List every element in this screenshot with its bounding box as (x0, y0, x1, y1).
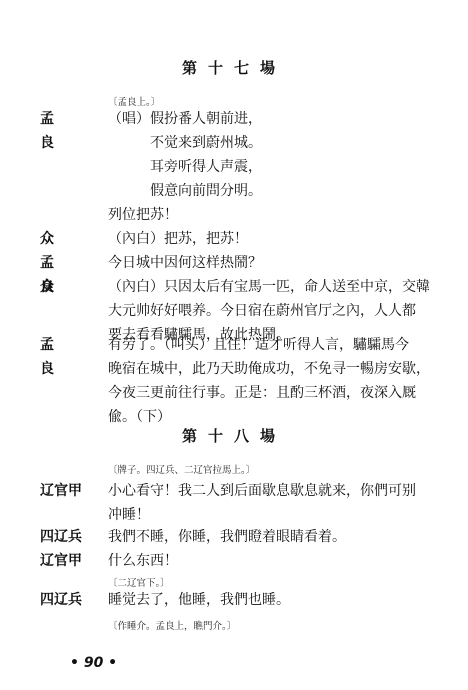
stage-direction: 〔牌子。四辽兵、二辽官拉馬上。〕 (108, 462, 255, 476)
page-number: • 90 • (70, 655, 117, 671)
speaker-name: 孟 良 (40, 333, 104, 381)
speaker-name: 四辽兵 (40, 525, 104, 549)
script-page: 第十七場 〔孟良上。〕 孟 良 （唱）假扮番人朝前进， 不觉来到蔚州城。 耳旁听… (0, 0, 468, 690)
stage-direction: 〔孟良上。〕 (108, 94, 160, 108)
scene-17-title: 第十七場 (0, 57, 468, 78)
speaker-name: 孟 良 (40, 107, 104, 155)
speech-text: 什么东西！ (108, 549, 448, 573)
speech-text: 睡觉去了，他睡，我們也睡。 (108, 588, 448, 612)
scene-18-title: 第十八場 (0, 425, 468, 446)
speech-text: （內白）把苏，把苏！ (108, 227, 448, 251)
speaker-name: 众 (40, 275, 104, 299)
speech-text: 有劳了。（叫头）且住！适才听得人言，驌驦馬今 晚宿在城中，此乃天助俺成功，不免寻… (108, 333, 448, 429)
speech-text: 小心看守！我二人到后面歇息歇息就来，你們可别 冲睡！ (108, 479, 448, 527)
speaker-name: 众 (40, 227, 104, 251)
speaker-name: 辽官甲 (40, 549, 104, 573)
stage-direction: 〔作睡介。孟良上，瞧門介。〕 (108, 618, 236, 632)
speaker-name: 辽官甲 (40, 479, 104, 503)
stage-direction: 〔二辽官下。〕 (108, 575, 170, 589)
speech-text: （唱）假扮番人朝前进， 不觉来到蔚州城。 耳旁听得人声震， 假意向前問分明。 列… (108, 107, 448, 227)
speech-text: 今日城中因何这样热鬧？ (108, 251, 448, 275)
speaker-name: 四辽兵 (40, 588, 104, 612)
speech-text: 我們不睡，你睡，我們瞪着眼睛看着。 (108, 525, 448, 549)
